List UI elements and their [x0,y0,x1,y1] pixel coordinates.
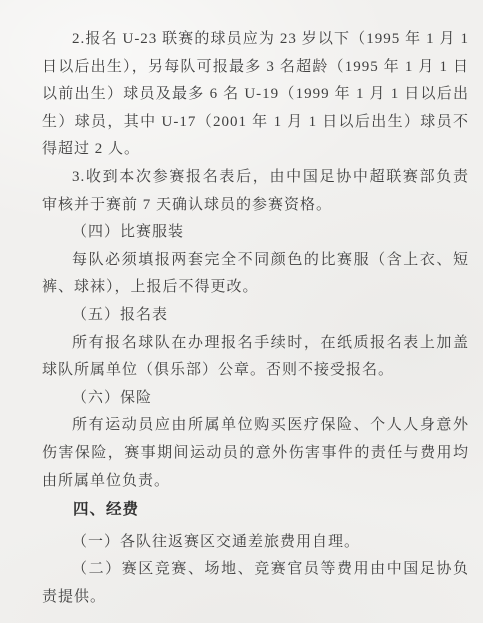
paragraph-u23-player-rules: 2.报名 U-23 联赛的球员应为 23 岁以下（1995 年 1 月 1 日以… [42,26,469,164]
section-heading-funding: 四、经费 [42,496,469,524]
subheading-insurance: （六）保险 [42,385,469,413]
subheading-match-kits: （四）比赛服装 [42,219,469,247]
paragraph-insurance-requirement: 所有运动员应由所属单位购买医疗保险、个人人身意外伤害保险，赛事期间运动员的意外伤… [42,412,469,495]
paragraph-kit-requirements: 每队必须填报两套完全不同颜色的比赛服（含上衣、短裤、球袜），上报后不得更改。 [42,247,469,302]
paragraph-travel-expenses: （一）各队往返赛区交通差旅费用自理。 [42,529,469,557]
document-page: 2.报名 U-23 联赛的球员应为 23 岁以下（1995 年 1 月 1 日以… [0,0,483,623]
paragraph-registration-review: 3.收到本次参赛报名表后，由中国足协中超联赛部负责审核并于赛前 7 天确认球员的… [42,164,469,219]
paragraph-form-seal-requirement: 所有报名球队在办理报名手续时，在纸质报名表上加盖球队所属单位（俱乐部）公章。否则… [42,330,469,385]
paragraph-venue-expenses: （二）赛区竞赛、场地、竞赛官员等费用由中国足协负责提供。 [42,556,469,611]
subheading-registration-form: （五）报名表 [42,302,469,330]
